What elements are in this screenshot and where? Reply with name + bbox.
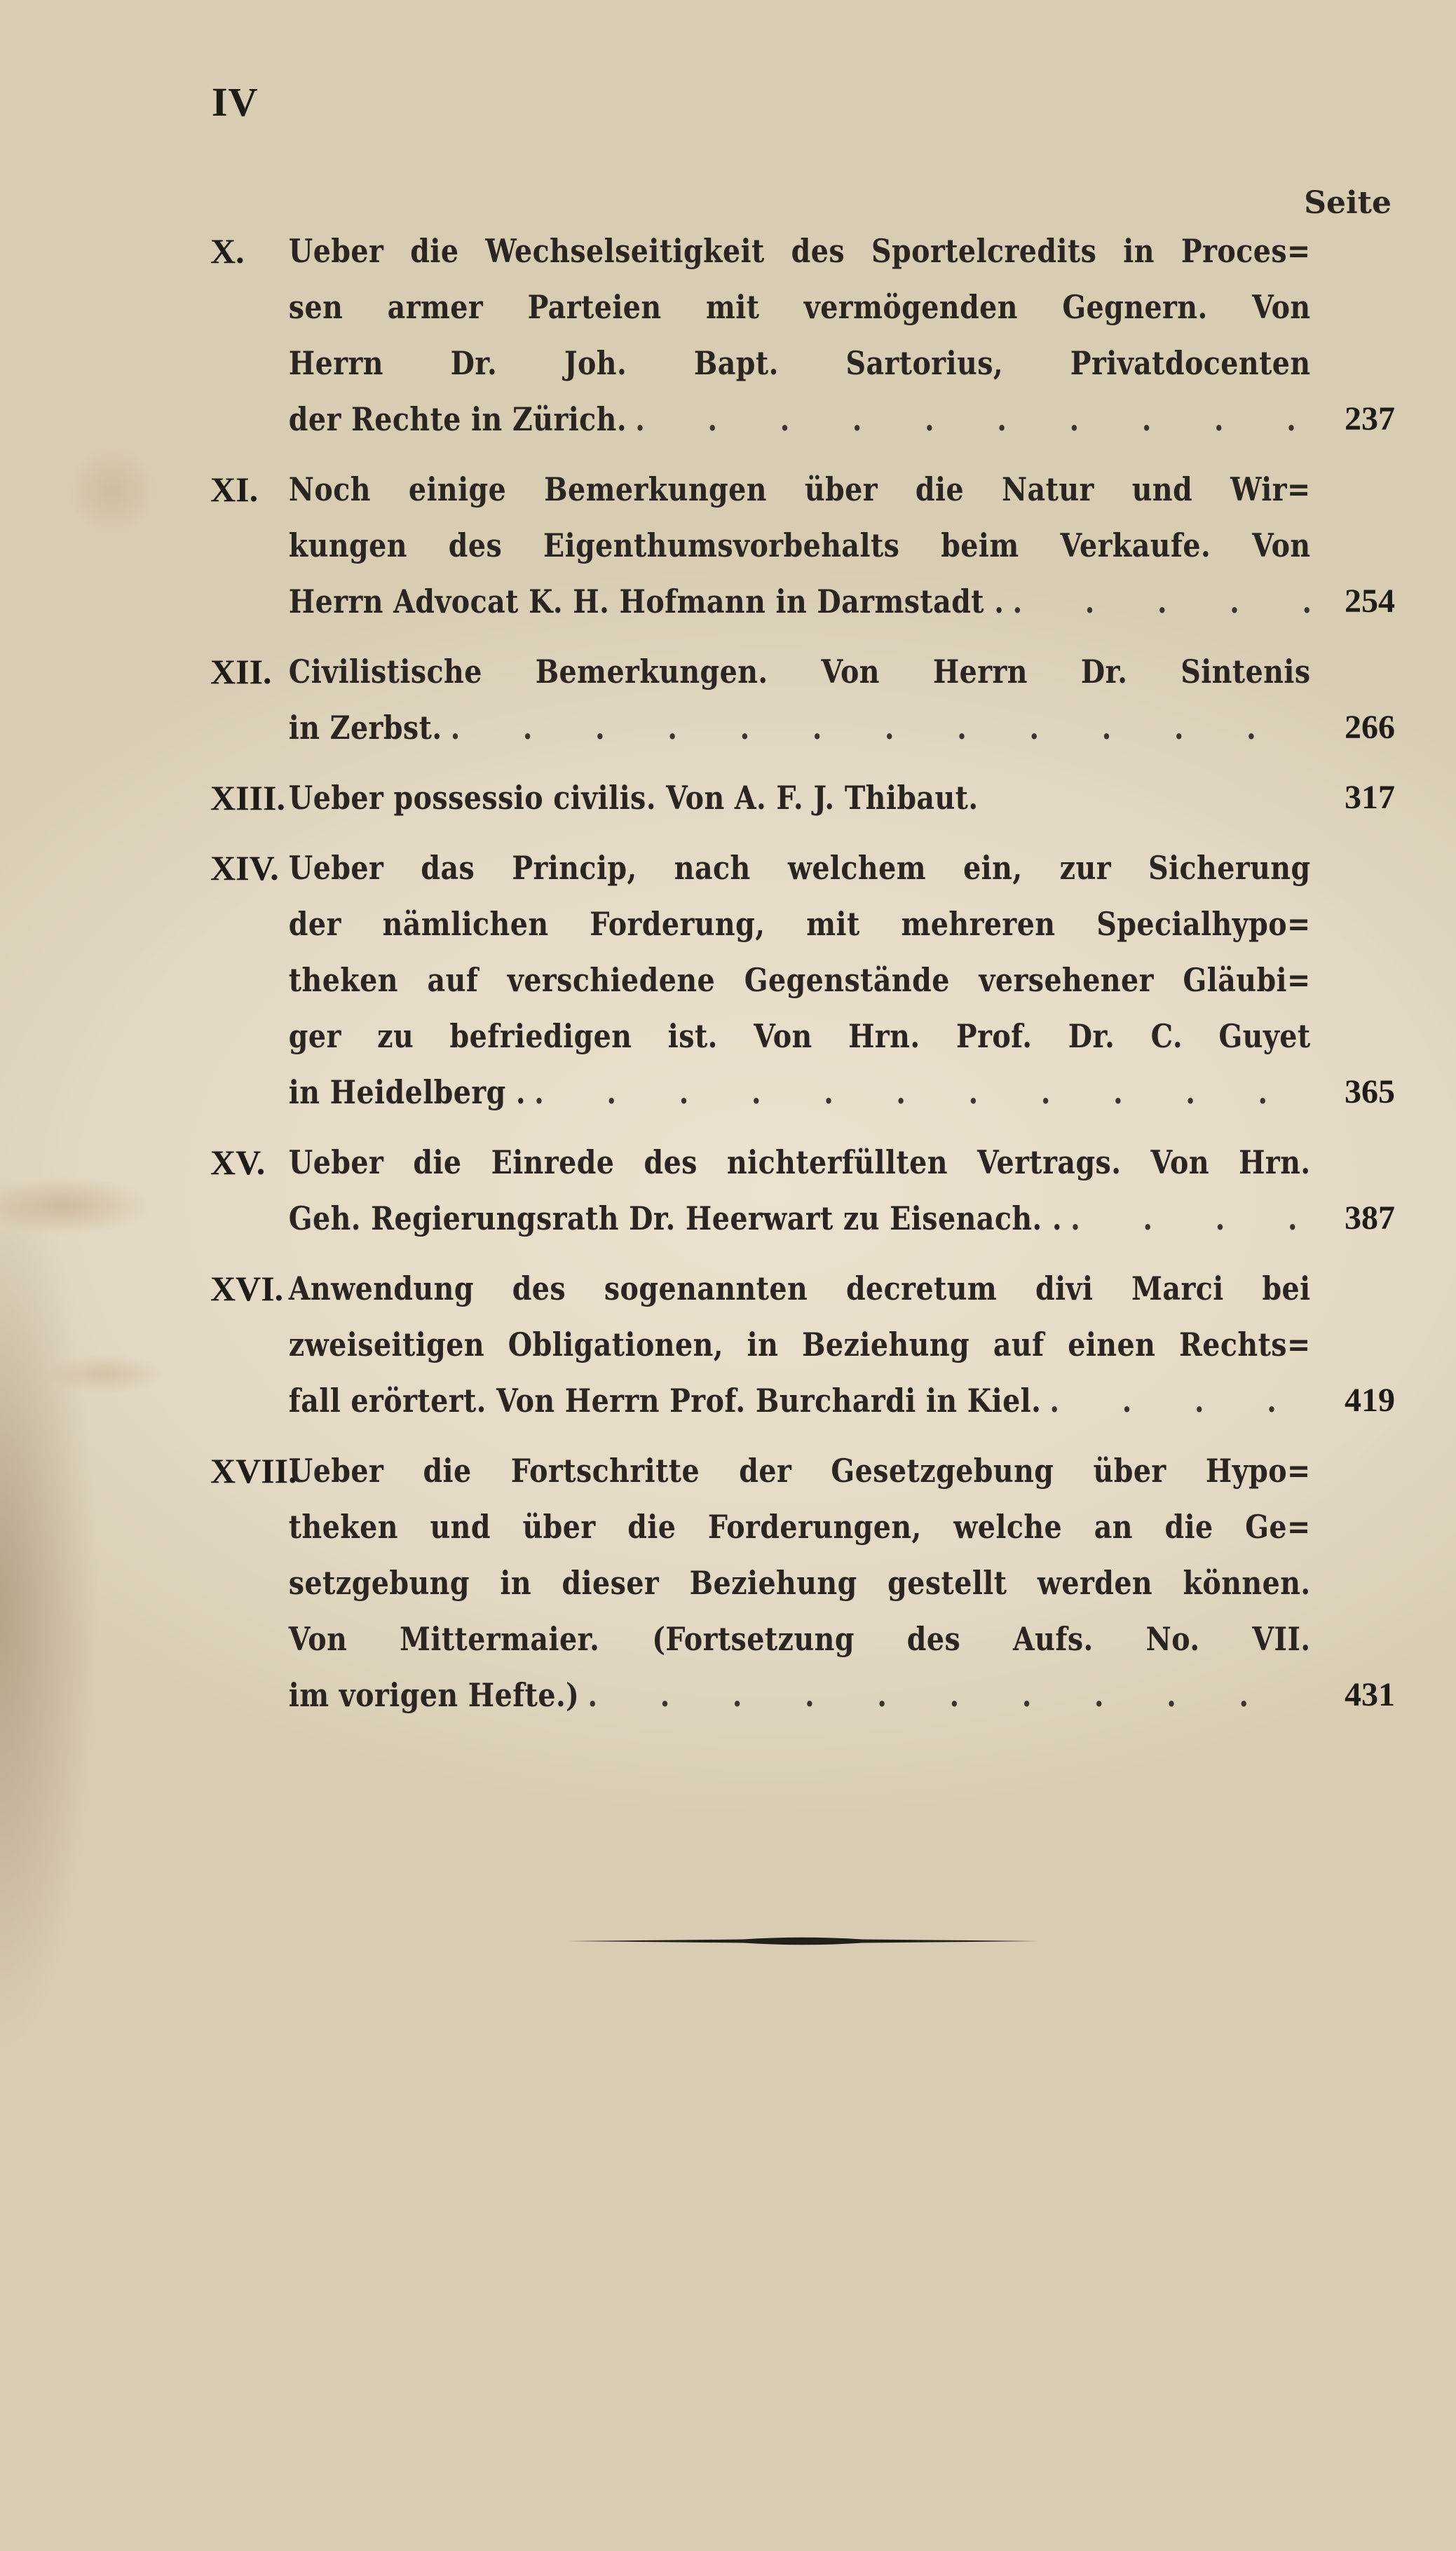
entry-page-number: 237	[1345, 391, 1395, 447]
entry-line: Ueber possessio civilis. Von A. F. J. Th…	[289, 770, 979, 826]
entry-line: in Zerbst.	[289, 700, 442, 756]
entry-last-line: fall erörtert. Von Herrn Prof. Burchardi…	[210, 1373, 1395, 1429]
entry-line: in Heidelberg .	[289, 1064, 526, 1120]
entry-page-number: 365	[1345, 1064, 1395, 1120]
dot-leader: . . . . . . . . . . . . . . . . . . . . …	[534, 1064, 1310, 1120]
entry-line: Von Mittermaier. (Fortsetzung des Aufs. …	[210, 1611, 1395, 1667]
toc-entry-xvi: XVI. Anwendung des sogenannten decretum …	[210, 1260, 1395, 1429]
table-of-contents: X. Ueber die Wechselseitigkeit des Sport…	[210, 223, 1395, 1737]
entry-line: setzgebung in dieser Beziehung gestellt …	[210, 1555, 1395, 1611]
dot-leader: . . . . . . . . . . . . . . . . . . . . …	[587, 1667, 1310, 1723]
running-head-page-numeral: IV	[212, 79, 258, 125]
toc-entry-xiii: XIII. Ueber possessio civilis. Von A. F.…	[210, 770, 1395, 826]
entry-page-number: 317	[1345, 770, 1395, 826]
toc-entry-x: X. Ueber die Wechselseitigkeit des Sport…	[210, 223, 1395, 447]
entry-line: Ueber die Einrede des nichterfüllten Ver…	[210, 1134, 1395, 1190]
entry-line: theken und über die Forderungen, welche …	[210, 1499, 1395, 1555]
entry-line: Ueber die Fortschritte der Gesetzgebung …	[210, 1443, 1395, 1499]
toc-entry-xv: XV. Ueber die Einrede des nichterfüllten…	[210, 1134, 1395, 1246]
toc-entry-xiv: XIV. Ueber das Princip, nach welchem ein…	[210, 840, 1395, 1120]
book-page: IV Seite X. Ueber die Wechselseitigkeit …	[0, 0, 1456, 2551]
entry-last-line: Ueber possessio civilis. Von A. F. J. Th…	[210, 770, 1395, 826]
entry-line: im vorigen Hefte.)	[289, 1667, 580, 1723]
page-column-label: Seite	[1304, 185, 1392, 221]
dot-leader: . . . . . . . . . . . . . . . . . . . . …	[1012, 573, 1310, 630]
entry-line: zweiseitigen Obligationen, in Beziehung …	[210, 1317, 1395, 1373]
entry-line: der nämlichen Forderung, mit mehreren Sp…	[210, 896, 1395, 952]
entry-last-line: der Rechte in Zürich. . . . . . . . . . …	[210, 391, 1395, 447]
entry-line: Noch einige Bemerkungen über die Natur u…	[210, 461, 1395, 517]
entry-line: sen armer Parteien mit vermögenden Gegne…	[210, 279, 1395, 335]
entry-line: Herrn Dr. Joh. Bapt. Sartorius, Privatdo…	[210, 335, 1395, 391]
entry-line: Ueber die Wechselseitigkeit des Sportelc…	[210, 223, 1395, 279]
entry-line: fall erörtert. Von Herrn Prof. Burchardi…	[289, 1373, 1042, 1429]
entry-page-number: 431	[1345, 1667, 1395, 1723]
entry-page-number: 387	[1345, 1190, 1395, 1246]
dot-leader: . . . . . . . . . . . . . . . . . . . . …	[635, 391, 1310, 447]
toc-entry-xi: XI. Noch einige Bemerkungen über die Nat…	[210, 461, 1395, 630]
entry-line: der Rechte in Zürich.	[289, 391, 627, 447]
entry-line: ger zu befriedigen ist. Von Hrn. Prof. D…	[210, 1008, 1395, 1064]
dot-leader: . . . . . . . . . . . . . . . . . . . . …	[1070, 1190, 1310, 1246]
dot-leader: . . . . . . . . . . . . . . . . . . . . …	[451, 700, 1311, 756]
entry-line: Anwendung des sogenannten decretum divi …	[210, 1260, 1395, 1317]
dot-leader: . . . . . . . . . . . . . . . . . . . . …	[1049, 1373, 1310, 1429]
entry-page-number: 419	[1345, 1373, 1395, 1429]
toc-entry-xii: XII. Civilistische Bemerkungen. Von Herr…	[210, 644, 1395, 756]
entry-page-number: 266	[1345, 700, 1395, 756]
entry-line: Herrn Advocat K. H. Hofmann in Darmstadt…	[289, 573, 1005, 630]
entry-line: kungen des Eigenthumsvorbehalts beim Ver…	[210, 517, 1395, 573]
entry-line: Geh. Regierungsrath Dr. Heerwart zu Eise…	[289, 1190, 1062, 1246]
entry-last-line: im vorigen Hefte.) . . . . . . . . . . .…	[210, 1667, 1395, 1723]
ornamental-rule	[568, 1935, 1037, 1947]
entry-line: Ueber das Princip, nach welchem ein, zur…	[210, 840, 1395, 896]
toc-entry-xvii: XVII. Ueber die Fortschritte der Gesetzg…	[210, 1443, 1395, 1723]
entry-line: Civilistische Bemerkungen. Von Herrn Dr.…	[210, 644, 1395, 700]
entry-last-line: Geh. Regierungsrath Dr. Heerwart zu Eise…	[210, 1190, 1395, 1246]
entry-last-line: in Zerbst. . . . . . . . . . . . . . . .…	[210, 700, 1395, 756]
entry-line: theken auf verschiedene Gegenstände vers…	[210, 952, 1395, 1008]
entry-last-line: Herrn Advocat K. H. Hofmann in Darmstadt…	[210, 573, 1395, 630]
entry-page-number: 254	[1345, 573, 1395, 630]
entry-last-line: in Heidelberg . . . . . . . . . . . . . …	[210, 1064, 1395, 1120]
